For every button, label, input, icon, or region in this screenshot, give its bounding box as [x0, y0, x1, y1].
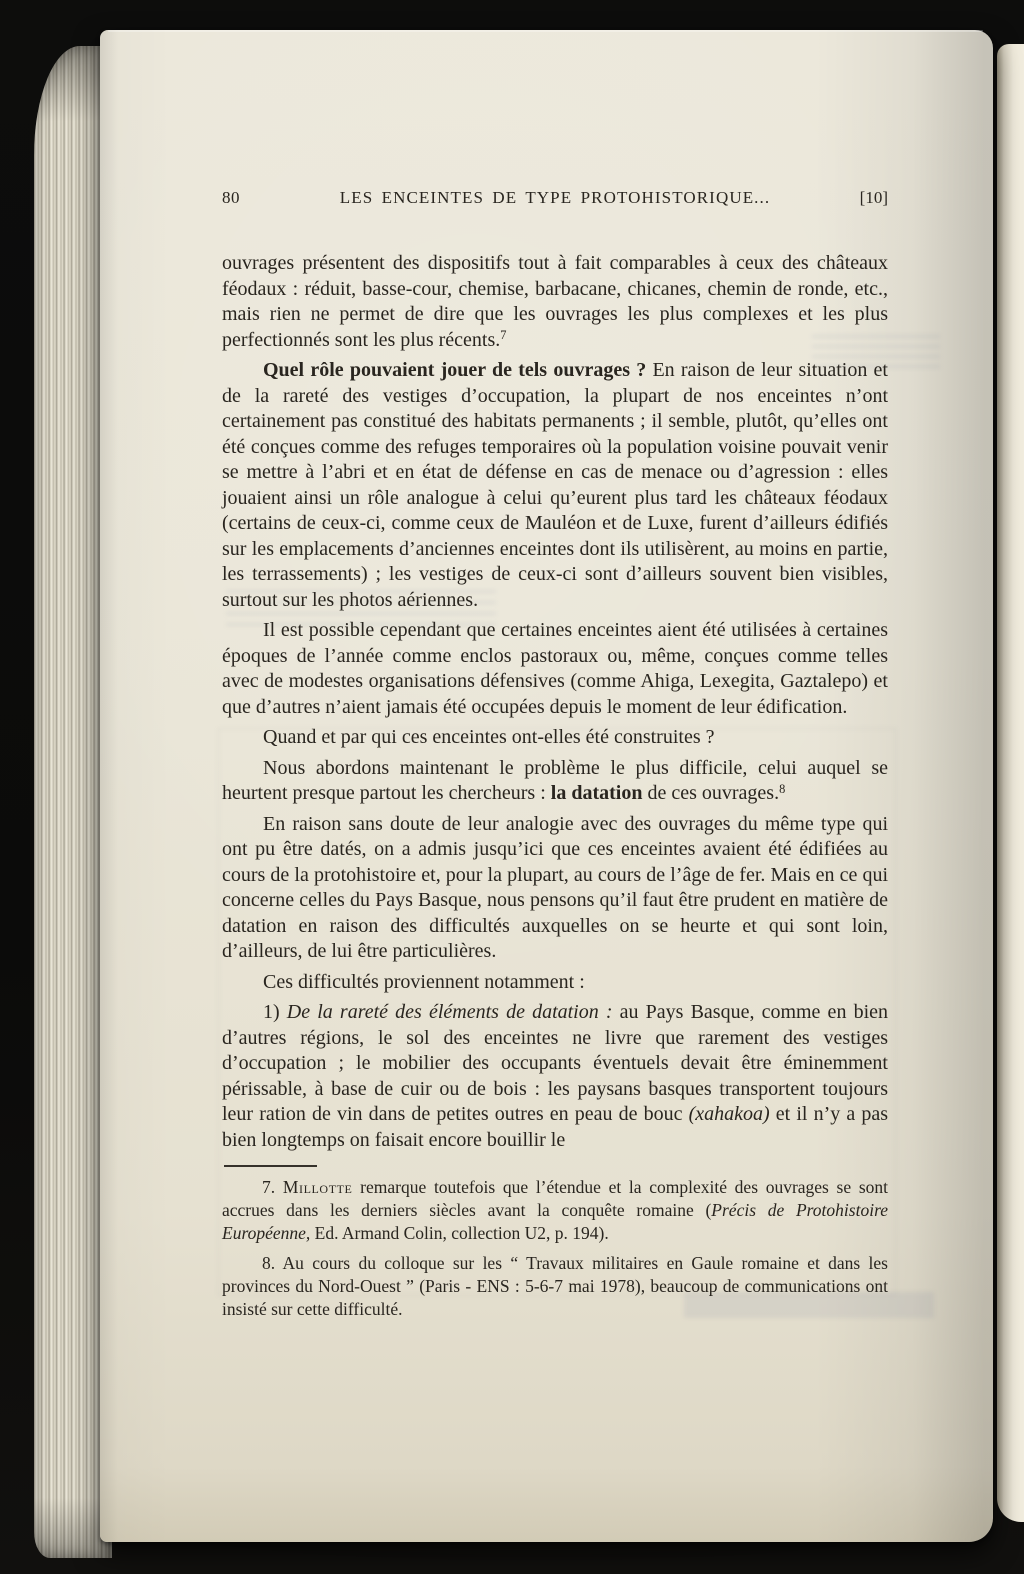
book-page: 80 LES ENCEINTES DE TYPE PROTOHISTORIQUE… [100, 30, 993, 1542]
text-segment-normal: 8. Au cours du colloque sur les “ Travau… [222, 1253, 888, 1319]
footnote: 7. Millotte remarque toutefois que l’éte… [222, 1176, 888, 1246]
footnote: 8. Au cours du colloque sur les “ Travau… [222, 1252, 888, 1322]
text-segment-normal: de ces ouvrages. [642, 782, 779, 804]
text-segment-bold: Quel rôle pouvaient jouer de tels ouvrag… [263, 359, 652, 381]
page-header: 80 LES ENCEINTES DE TYPE PROTOHISTORIQUE… [222, 188, 888, 208]
text-segment-bold: la datation [551, 782, 643, 804]
paragraph: 1) De la rareté des éléments de datation… [222, 1000, 888, 1153]
text-segment-italic: (xahakoa) [689, 1103, 770, 1125]
page-content: 80 LES ENCEINTES DE TYPE PROTOHISTORIQUE… [222, 188, 888, 1321]
paragraph: Quand et par qui ces enceintes ont-elles… [222, 725, 888, 751]
text-segment-normal: 1) [263, 1001, 287, 1023]
paragraph: Il est possible cependant que certaines … [222, 618, 888, 720]
text-segment-normal: 7. [262, 1177, 283, 1197]
issue-number: [10] [816, 188, 888, 208]
book-photo: 80 LES ENCEINTES DE TYPE PROTOHISTORIQUE… [0, 0, 1024, 1574]
text-segment-sup: 8 [779, 782, 785, 796]
text-segment-normal: ouvrages présentent des dispositifs tout… [222, 252, 888, 351]
running-title: LES ENCEINTES DE TYPE PROTOHISTORIQUE... [294, 188, 816, 208]
facing-page-edge [997, 44, 1024, 1522]
text-segment-normal: Quand et par qui ces enceintes ont-elles… [263, 726, 715, 748]
text-segment-normal: En raison de leur situation et de la rar… [222, 359, 888, 611]
body-paragraphs: ouvrages présentent des dispositifs tout… [222, 251, 888, 1153]
paragraph: Nous abordons maintenant le problème le … [222, 756, 888, 807]
text-segment-normal: Ed. Armand Colin, collection U2, p. 194)… [310, 1223, 608, 1243]
paragraph: Ces difficultés proviennent notamment : [222, 970, 888, 996]
paragraph: Quel rôle pouvaient jouer de tels ouvrag… [222, 358, 888, 613]
page-number: 80 [222, 188, 294, 208]
text-segment-sup: 7 [500, 328, 506, 342]
text-segment-normal: Il est possible cependant que certaines … [222, 619, 888, 718]
footnote-rule [224, 1165, 317, 1167]
paragraph: En raison sans doute de leur analogie av… [222, 812, 888, 965]
text-segment-italic: De la rareté des éléments de datation : [287, 1001, 613, 1023]
paragraph: ouvrages présentent des dispositifs tout… [222, 251, 888, 353]
footnotes: 7. Millotte remarque toutefois que l’éte… [222, 1176, 888, 1321]
text-segment-normal: En raison sans doute de leur analogie av… [222, 813, 888, 963]
text-segment-normal: Ces difficultés proviennent notamment : [263, 971, 585, 993]
text-segment-smallcaps: Millotte [283, 1177, 353, 1197]
